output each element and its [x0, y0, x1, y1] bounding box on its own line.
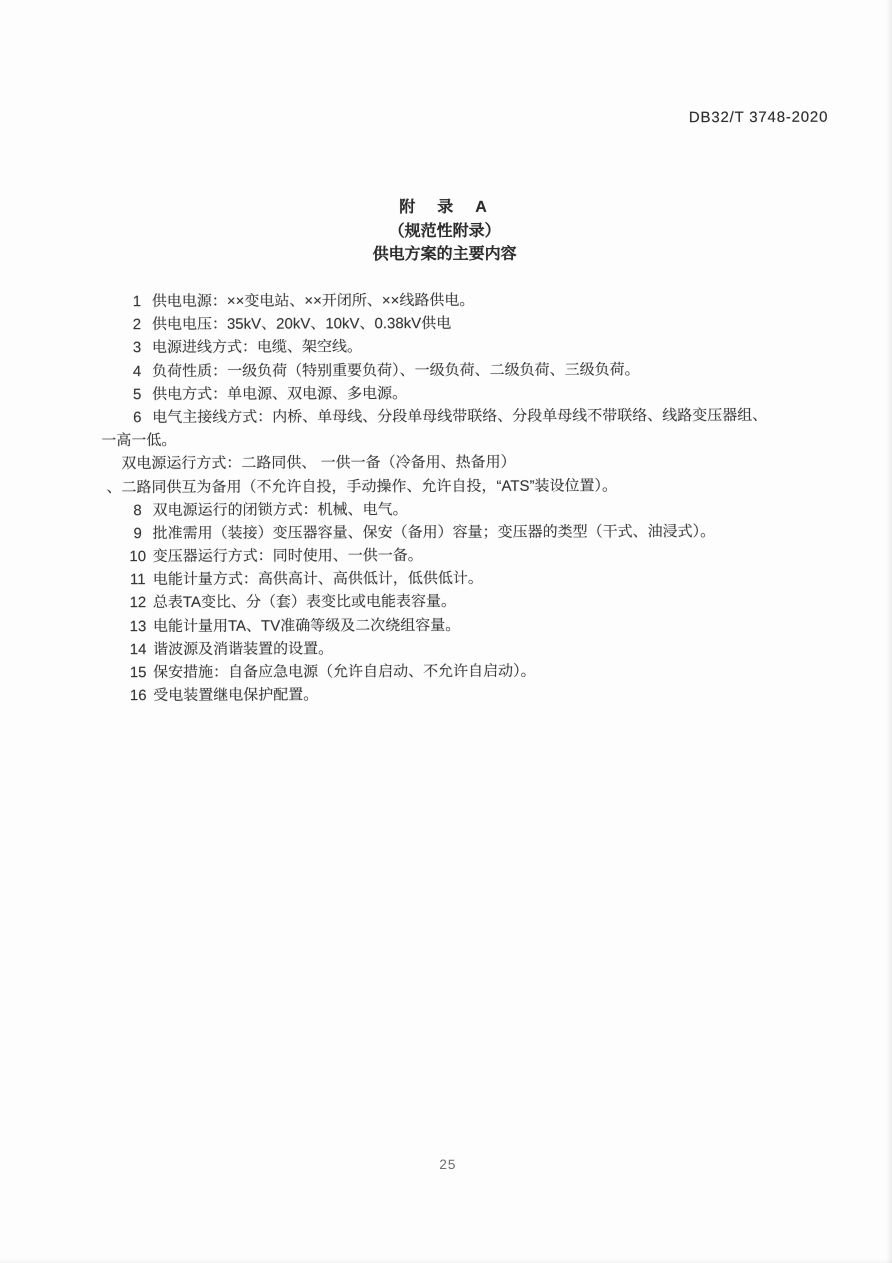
list-item-number: 2 — [122, 313, 152, 336]
list-item-text: 供电电压：35kV、20kV、10kV、0.38kV供电 — [152, 315, 451, 333]
list-line-2: 2供电电压：35kV、20kV、10kV、0.38kV供电 — [101, 311, 851, 337]
list-line-6: 6电气主接线方式：内桥、单母线、分段单母线带联络、分段单母线不带联络、线路变压器… — [101, 404, 851, 430]
list-item-number: 14 — [123, 638, 153, 661]
list-line-16: 16受电装置继电保护配置。 — [102, 682, 852, 708]
numbered-list: 1供电电源：××变电站、××开闭所、××线路供电。 2供电电压：35kV、20k… — [101, 288, 852, 708]
list-line-1: 1供电电源：××变电站、××开闭所、××线路供电。 — [101, 288, 851, 314]
list-item-number: 4 — [122, 360, 152, 383]
list-item-number: 6 — [122, 406, 152, 429]
list-line-14: 14谐波源及消谐装置的设置。 — [102, 635, 852, 661]
list-item-text: 电能计量方式：高供高计、高供低计，低供低计。 — [153, 570, 483, 588]
list-item-text: 保安措施：自备应急电源（允许自启动、不允许自启动）。 — [153, 663, 536, 681]
list-item-text: 变压器运行方式：同时使用、一供一备。 — [153, 547, 423, 565]
list-item-number: 8 — [123, 499, 153, 522]
appendix-heading: 供电方案的主要内容 — [0, 241, 891, 268]
list-item-number: 13 — [123, 615, 153, 638]
list-line-8: 8双电源运行的闭锁方式：机械、电气。 — [102, 496, 852, 522]
list-line-5: 5供电方式：单电源、双电源、多电源。 — [101, 380, 851, 406]
list-line-12: 12总表TA变比、分（套）表变比或电能表容量。 — [102, 589, 852, 615]
page-number: 25 — [2, 1155, 892, 1173]
list-line-3: 3电源进线方式：电缆、架空线。 — [101, 334, 851, 360]
list-line-9: 9批准需用（装接）变压器容量、保安（备用）容量；变压器的类型（干式、油浸式）。 — [102, 519, 852, 545]
list-line-15: 15保安措施：自备应急电源（允许自启动、不允许自启动）。 — [102, 659, 852, 685]
list-line-6-continuation: 一高一低。 — [101, 427, 851, 453]
list-line-13: 13电能计量用TA、TV准确等级及二次绕组容量。 — [102, 612, 852, 638]
list-item-text: 电源进线方式：电缆、架空线。 — [152, 339, 362, 357]
standard-number-header: DB32/T 3748-2020 — [689, 109, 828, 126]
list-item-number: 10 — [123, 545, 153, 568]
list-item-text: 、二路同供互为备用（不允许自投，手动操作、允许自投，“ATS”装设位置）。 — [106, 477, 617, 496]
list-item-text: 一高一低。 — [101, 432, 176, 449]
list-line-11: 11电能计量方式：高供高计、高供低计，低供低计。 — [102, 566, 852, 592]
list-item-number: 3 — [122, 336, 152, 359]
list-line-10: 10变压器运行方式：同时使用、一供一备。 — [102, 543, 852, 569]
list-item-text: 双电源运行的闭锁方式：机械、电气。 — [153, 501, 408, 519]
appendix-title: 附 录 A — [0, 194, 891, 221]
list-line-4: 4负荷性质：一级负荷（特别重要负荷）、一级负荷、二级负荷、三级负荷。 — [101, 357, 851, 383]
scanned-content: DB32/T 3748-2020 附 录 A （规范性附录） 供电方案的主要内容… — [0, 0, 892, 1263]
list-line-7: 双电源运行方式：二路同供、 一供一备（冷备用、热备用） — [101, 450, 851, 476]
list-item-number: 1 — [122, 290, 152, 313]
list-item-text: 负荷性质：一级负荷（特别重要负荷）、一级负荷、二级负荷、三级负荷。 — [152, 361, 640, 380]
list-item-number: 16 — [123, 684, 153, 707]
list-item-number: 11 — [123, 568, 153, 591]
list-item-number: 9 — [123, 522, 153, 545]
list-item-text: 双电源运行方式：二路同供、 一供一备（冷备用、热备用） — [121, 454, 515, 472]
list-item-number: 12 — [123, 591, 153, 614]
list-item-number: 15 — [123, 661, 153, 684]
list-item-number: 5 — [122, 383, 152, 406]
appendix-title-block: 附 录 A （规范性附录） 供电方案的主要内容 — [0, 194, 891, 268]
list-item-text: 总表TA变比、分（套）表变比或电能表容量。 — [153, 593, 456, 611]
document-page: DB32/T 3748-2020 附 录 A （规范性附录） 供电方案的主要内容… — [0, 0, 892, 1263]
appendix-subtitle: （规范性附录） — [0, 218, 891, 245]
list-item-text: 供电方式：单电源、双电源、多电源。 — [152, 385, 407, 403]
list-item-text: 受电装置继电保护配置。 — [153, 687, 318, 705]
list-item-text: 电气主接线方式：内桥、单母线、分段单母线带联络、分段单母线不带联络、线路变压器组… — [152, 407, 767, 426]
list-line-7-continuation: 、二路同供互为备用（不允许自投，手动操作、允许自投，“ATS”装设位置）。 — [101, 473, 851, 499]
list-item-text: 谐波源及消谐装置的设置。 — [153, 640, 333, 658]
list-item-text: 供电电源：××变电站、××开闭所、××线路供电。 — [152, 292, 475, 310]
list-item-text: 批准需用（装接）变压器容量、保安（备用）容量；变压器的类型（干式、油浸式）。 — [153, 523, 716, 542]
list-item-text: 电能计量用TA、TV准确等级及二次绕组容量。 — [153, 617, 460, 635]
